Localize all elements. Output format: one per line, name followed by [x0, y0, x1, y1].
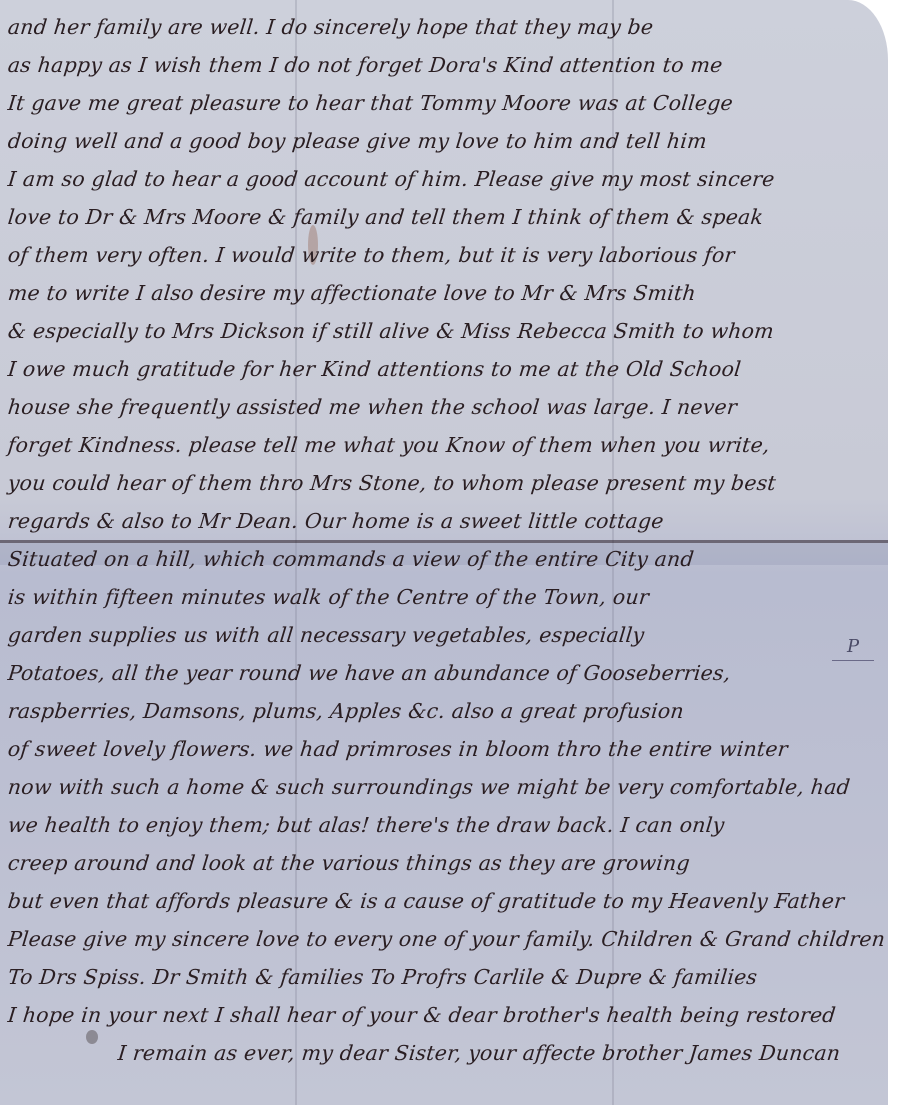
letter-line: I owe much gratitude for her Kind attent… — [6, 350, 888, 388]
letter-line: Situated on a hill, which commands a vie… — [6, 540, 888, 578]
letter-line: & especially to Mrs Dickson if still ali… — [6, 312, 888, 350]
letter-line: garden supplies us with all necessary ve… — [6, 616, 888, 654]
letter-line: regards & also to Mr Dean. Our home is a… — [6, 502, 888, 540]
letter-body: and her family are well. I do sincerely … — [8, 8, 888, 1072]
letter-line: of them very often. I would write to the… — [6, 236, 888, 274]
letter-line: of sweet lovely flowers. we had primrose… — [6, 730, 888, 768]
letter-line: It gave me great pleasure to hear that T… — [6, 84, 888, 122]
letter-line: I am so glad to hear a good account of h… — [6, 160, 888, 198]
letter-line: but even that affords pleasure & is a ca… — [6, 882, 888, 920]
letter-line: forget Kindness. please tell me what you… — [6, 426, 888, 464]
letter-line: as happy as I wish them I do not forget … — [6, 46, 888, 84]
letter-line: house she frequently assisted me when th… — [6, 388, 888, 426]
letter-line: raspberries, Damsons, plums, Apples &c. … — [6, 692, 888, 730]
letter-page: and her family are well. I do sincerely … — [0, 0, 888, 1105]
letter-line: love to Dr & Mrs Moore & family and tell… — [6, 198, 888, 236]
letter-line: is within fifteen minutes walk of the Ce… — [6, 578, 888, 616]
letter-line: Potatoes, all the year round we have an … — [6, 654, 888, 692]
letter-line: doing well and a good boy please give my… — [6, 122, 888, 160]
letter-line: and her family are well. I do sincerely … — [6, 8, 888, 46]
letter-line: To Drs Spiss. Dr Smith & families To Pro… — [6, 958, 888, 996]
margin-pencil-mark: P — [832, 636, 874, 661]
letter-line: I hope in your next I shall hear of your… — [6, 996, 888, 1034]
letter-line: me to write I also desire my affectionat… — [6, 274, 888, 312]
letter-line: we health to enjoy them; but alas! there… — [6, 806, 888, 844]
letter-line: now with such a home & such surroundings… — [6, 768, 888, 806]
letter-line: creep around and look at the various thi… — [6, 844, 888, 882]
letter-line: Please give my sincere love to every one… — [6, 920, 888, 958]
letter-closing-signature: I remain as ever, my dear Sister, your a… — [6, 1034, 888, 1072]
letter-line: you could hear of them thro Mrs Stone, t… — [6, 464, 888, 502]
